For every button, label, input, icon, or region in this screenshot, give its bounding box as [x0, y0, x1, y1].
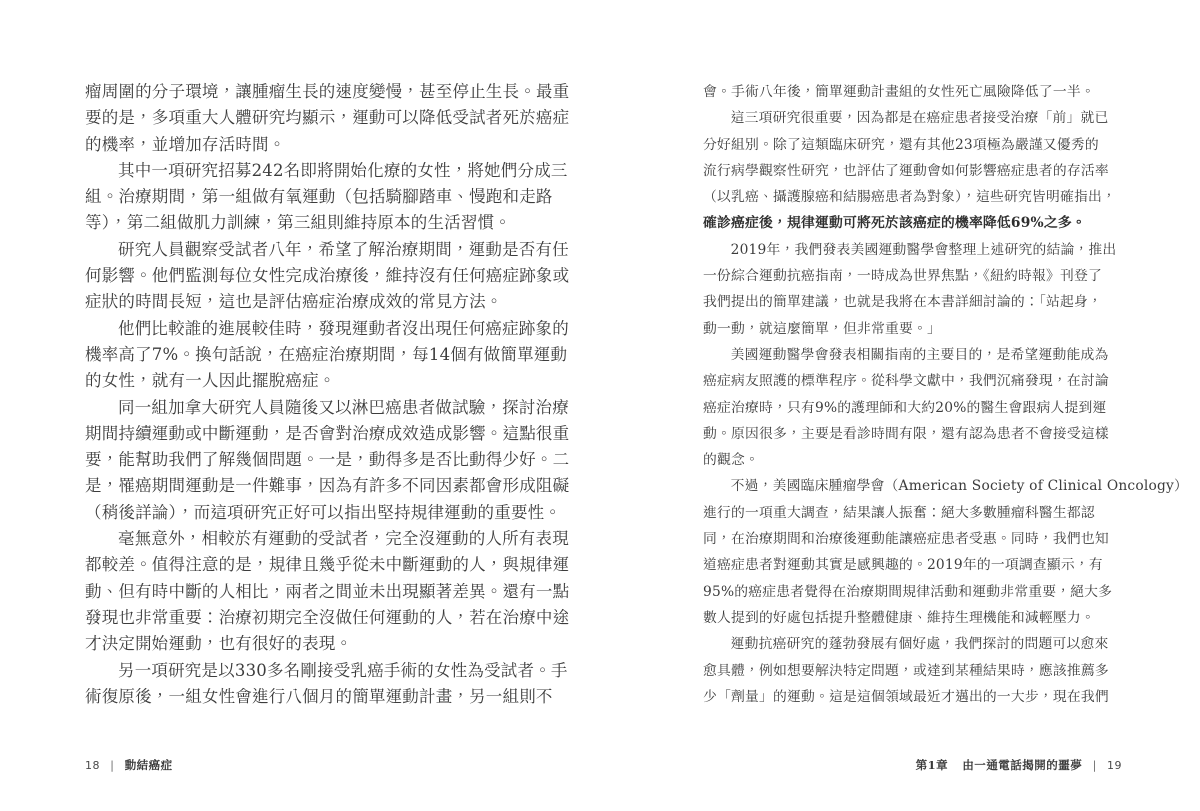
text-line: 我們提出的簡單建議，也就是我將在本書詳細討論的：「站起身， — [703, 289, 1115, 315]
left-page-text: 瘤周圍的分子環境，讓腫瘤生長的速度變慢，甚至停止生長。最重要的是，多項重大人體研… — [85, 79, 572, 710]
text-line: 2019年，我們發表美國運動醫學會整理上述研究的結論，推出 — [703, 237, 1115, 263]
text-line: 會。手術八年後，簡單運動計畫組的女性死亡風險降低了一半。 — [703, 79, 1115, 105]
text-line: 流行病學觀察性研究，也評估了運動會如何影響癌症患者的存活率 — [703, 158, 1115, 184]
right-page-text: 會。手術八年後，簡單運動計畫組的女性死亡風險降低了一半。這三項研究很重要，因為都… — [703, 79, 1115, 710]
text-line: 研究人員觀察受試者八年，希望了解治療期間，運動是否有任 — [85, 237, 572, 263]
text-line: 都較差。值得注意的是，規律且幾乎從未中斷運動的人，與規律運 — [85, 552, 572, 578]
text-line: 的觀念。 — [703, 447, 1115, 473]
text-line: 道癌症患者對運動其實是感興趣的。2019年的一項調查顯示，有 — [703, 552, 1115, 578]
text-line: （稍後詳論），而這項研究正好可以指出堅持規律運動的重要性。 — [85, 500, 572, 526]
text-line: 期間持續運動或中斷運動，是否會對治療成效造成影響。這點很重 — [85, 421, 572, 447]
text-line: 動、但有時中斷的人相比，兩者之間並未出現顯著差異。還有一點 — [85, 579, 572, 605]
text-line: 要，能幫助我們了解幾個問題。一是，動得多是否比動得少好。二 — [85, 447, 572, 473]
text-line: 他們比較誰的進展較佳時，發現運動者沒出現任何癌症跡象的 — [85, 316, 572, 342]
text-line: 其中一項研究招募242名即將開始化療的女性，將她們分成三 — [85, 158, 572, 184]
book-running-title: 動結癌症 — [125, 758, 173, 772]
text-line: 確診癌症後，規律運動可將死於該癌症的機率降低69%之多。 — [703, 210, 1115, 236]
text-line: 數人提到的好處包括提升整體健康、維持生理機能和減輕壓力。 — [703, 605, 1115, 631]
text-line: 瘤周圍的分子環境，讓腫瘤生長的速度變慢，甚至停止生長。最重 — [85, 79, 572, 105]
text-line: 何影響。他們監測每位女性完成治療後，維持沒有任何癌症跡象或 — [85, 263, 572, 289]
footer-separator: | — [1092, 757, 1096, 773]
text-line: 症狀的時間長短，這也是評估癌症治療成效的常見方法。 — [85, 289, 572, 315]
right-page-number: 19 — [1107, 759, 1122, 772]
right-page-footer: 第1章 由一通電話揭開的噩夢 | 19 — [916, 757, 1122, 774]
text-line: 毫無意外，相較於有運動的受試者，完全沒運動的人所有表現 — [85, 526, 572, 552]
text-line: 機率高了7%。換句話說，在癌症治療期間，每14個有做簡單運動 — [85, 342, 572, 368]
text-line: 愈具體，例如想要解決特定問題，或達到某種結果時，應該推薦多 — [703, 658, 1115, 684]
text-line: 要的是，多項重大人體研究均顯示，運動可以降低受試者死於癌症 — [85, 105, 572, 131]
footer-separator: | — [110, 757, 114, 773]
text-line: 95%的癌症患者覺得在治療期間規律活動和運動非常重要，絕大多 — [703, 579, 1115, 605]
text-line: 才決定開始運動，也有很好的表現。 — [85, 631, 572, 657]
text-line: 另一項研究是以330多名剛接受乳癌手術的女性為受試者。手 — [85, 658, 572, 684]
text-line: 癌症病友照護的標準程序。從科學文獻中，我們沉痛發現，在討論 — [703, 368, 1115, 394]
text-line: 等），第二組做肌力訓練，第三組則維持原本的生活習慣。 — [85, 210, 572, 236]
text-line: 動。原因很多，主要是看診時間有限，還有認為患者不會接受這樣 — [703, 421, 1115, 447]
text-line: 是，罹癌期間運動是一件難事，因為有許多不同因素都會形成阻礙 — [85, 473, 572, 499]
text-line: 這三項研究很重要，因為都是在癌症患者接受治療「前」就已 — [703, 105, 1115, 131]
text-line: 進行的一項重大調查，結果讓人振奮：絕大多數腫瘤科醫生都認 — [703, 500, 1115, 526]
text-line: 癌症治療時，只有9%的護理師和大約20%的醫生會跟病人提到運 — [703, 395, 1115, 421]
text-line: 同，在治療期間和治療後運動能讓癌症患者受惠。同時，我們也知 — [703, 526, 1115, 552]
text-line: 的女性，就有一人因此擺脫癌症。 — [85, 368, 572, 394]
chapter-running-title: 由一通電話揭開的噩夢 — [962, 758, 1082, 772]
left-page-footer: 18 | 動結癌症 — [85, 757, 173, 774]
text-line: 不過，美國臨床腫瘤學會（American Society of Clinical… — [703, 473, 1115, 499]
text-line: 術復原後，一組女性會進行八個月的簡單運動計畫，另一組則不 — [85, 684, 572, 710]
text-line: 動一動，就這麼簡單，但非常重要。」 — [703, 316, 1115, 342]
text-line: 分好組別。除了這類臨床研究，還有其他23項極為嚴謹又優秀的 — [703, 132, 1115, 158]
text-line: 美國運動醫學會發表相關指南的主要目的，是希望運動能成為 — [703, 342, 1115, 368]
left-page-number: 18 — [85, 759, 100, 772]
chapter-number-label: 第1章 — [916, 758, 949, 772]
text-line: 運動抗癌研究的蓬勃發展有個好處，我們探討的問題可以愈來 — [703, 631, 1115, 657]
text-line: 少「劑量」的運動。這是這個領域最近才邁出的一大步，現在我們 — [703, 684, 1115, 710]
text-line: 的機率，並增加存活時間。 — [85, 132, 572, 158]
text-line: （以乳癌、攝護腺癌和結腸癌患者為對象），這些研究皆明確指出， — [703, 184, 1115, 210]
text-line: 組。治療期間，第一組做有氧運動（包括騎腳踏車、慢跑和走路 — [85, 184, 572, 210]
text-line: 同一組加拿大研究人員隨後又以淋巴癌患者做試驗，探討治療 — [85, 395, 572, 421]
text-line: 一份綜合運動抗癌指南，一時成為世界焦點，《紐約時報》刊登了 — [703, 263, 1115, 289]
text-line: 發現也非常重要：治療初期完全沒做任何運動的人，若在治療中途 — [85, 605, 572, 631]
book-spread: 瘤周圍的分子環境，讓腫瘤生長的速度變慢，甚至停止生長。最重要的是，多項重大人體研… — [0, 0, 1200, 811]
